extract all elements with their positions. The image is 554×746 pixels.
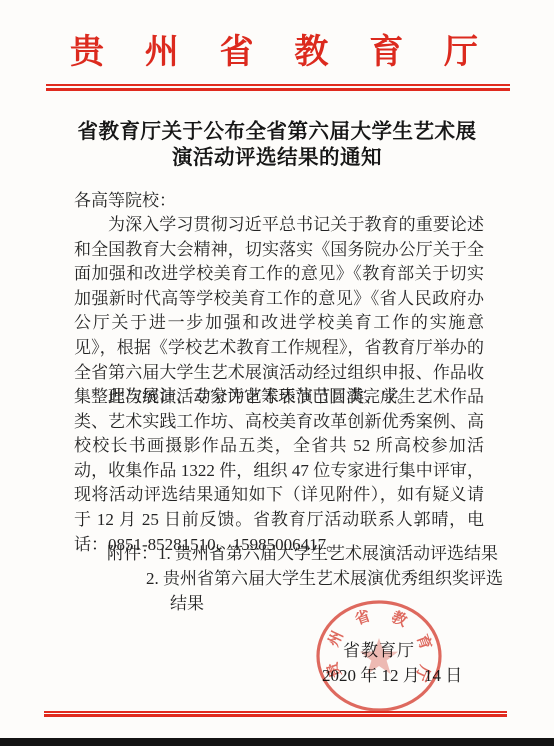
notice-document-page: 贵 州 省 教 育 厅 省教育厅关于公布全省第六届大学生艺术展 演活动评选结果的… <box>0 0 554 746</box>
seal-char: 育 <box>413 632 435 652</box>
letterhead-char: 贵 <box>70 33 104 73</box>
attachments-block: 附件： 1. 贵州省第六届大学生艺术展演活动评选结果 2. 贵州省第六届大学生艺… <box>107 541 507 616</box>
document-title-line2: 演活动评选结果的通知 <box>40 145 514 171</box>
letterhead-char: 厅 <box>444 33 478 73</box>
attachments-label: 附件： <box>107 541 158 566</box>
attachment-1-text: 1. 贵州省第六届大学生艺术展演活动评选结果 <box>158 541 498 566</box>
document-title-line1: 省教育厅关于公布全省第六届大学生艺术展 <box>40 119 514 145</box>
body-paragraph-2: 此次展演活动分为艺术表演节目类、学生艺术作品类、艺术实践工作坊、高校美育改革创新… <box>74 385 484 557</box>
salutation: 各高等院校： <box>74 189 484 214</box>
letterhead-char: 省 <box>220 33 254 73</box>
scan-edge-artifact <box>0 738 554 746</box>
signature-organization: 省教育厅 <box>343 636 415 661</box>
document-title: 省教育厅关于公布全省第六届大学生艺术展 演活动评选结果的通知 <box>40 119 514 171</box>
divider-thick-line <box>46 88 510 91</box>
footer-divider-rule <box>44 711 507 717</box>
body-paragraph-1: 为深入学习贯彻习近平总书记关于教育的重要论述和全国教育大会精神，切实落实《国务院… <box>74 213 484 410</box>
attachment-item-2: 2. 贵州省第六届大学生艺术展演优秀组织奖评选 <box>107 566 507 591</box>
letterhead-divider-rule <box>46 84 510 91</box>
letterhead-char: 育 <box>369 33 403 73</box>
attachment-item-1: 附件： 1. 贵州省第六届大学生艺术展演活动评选结果 <box>107 541 507 566</box>
footer-rule-bottom-line <box>44 714 507 717</box>
agency-letterhead: 贵 州 省 教 育 厅 <box>70 33 478 73</box>
signature-date: 2020 年 12 月 14 日 <box>322 661 462 686</box>
letterhead-char: 州 <box>145 33 179 73</box>
letterhead-char: 教 <box>294 33 328 73</box>
attachment-item-2-continued: 结果 <box>107 591 507 616</box>
